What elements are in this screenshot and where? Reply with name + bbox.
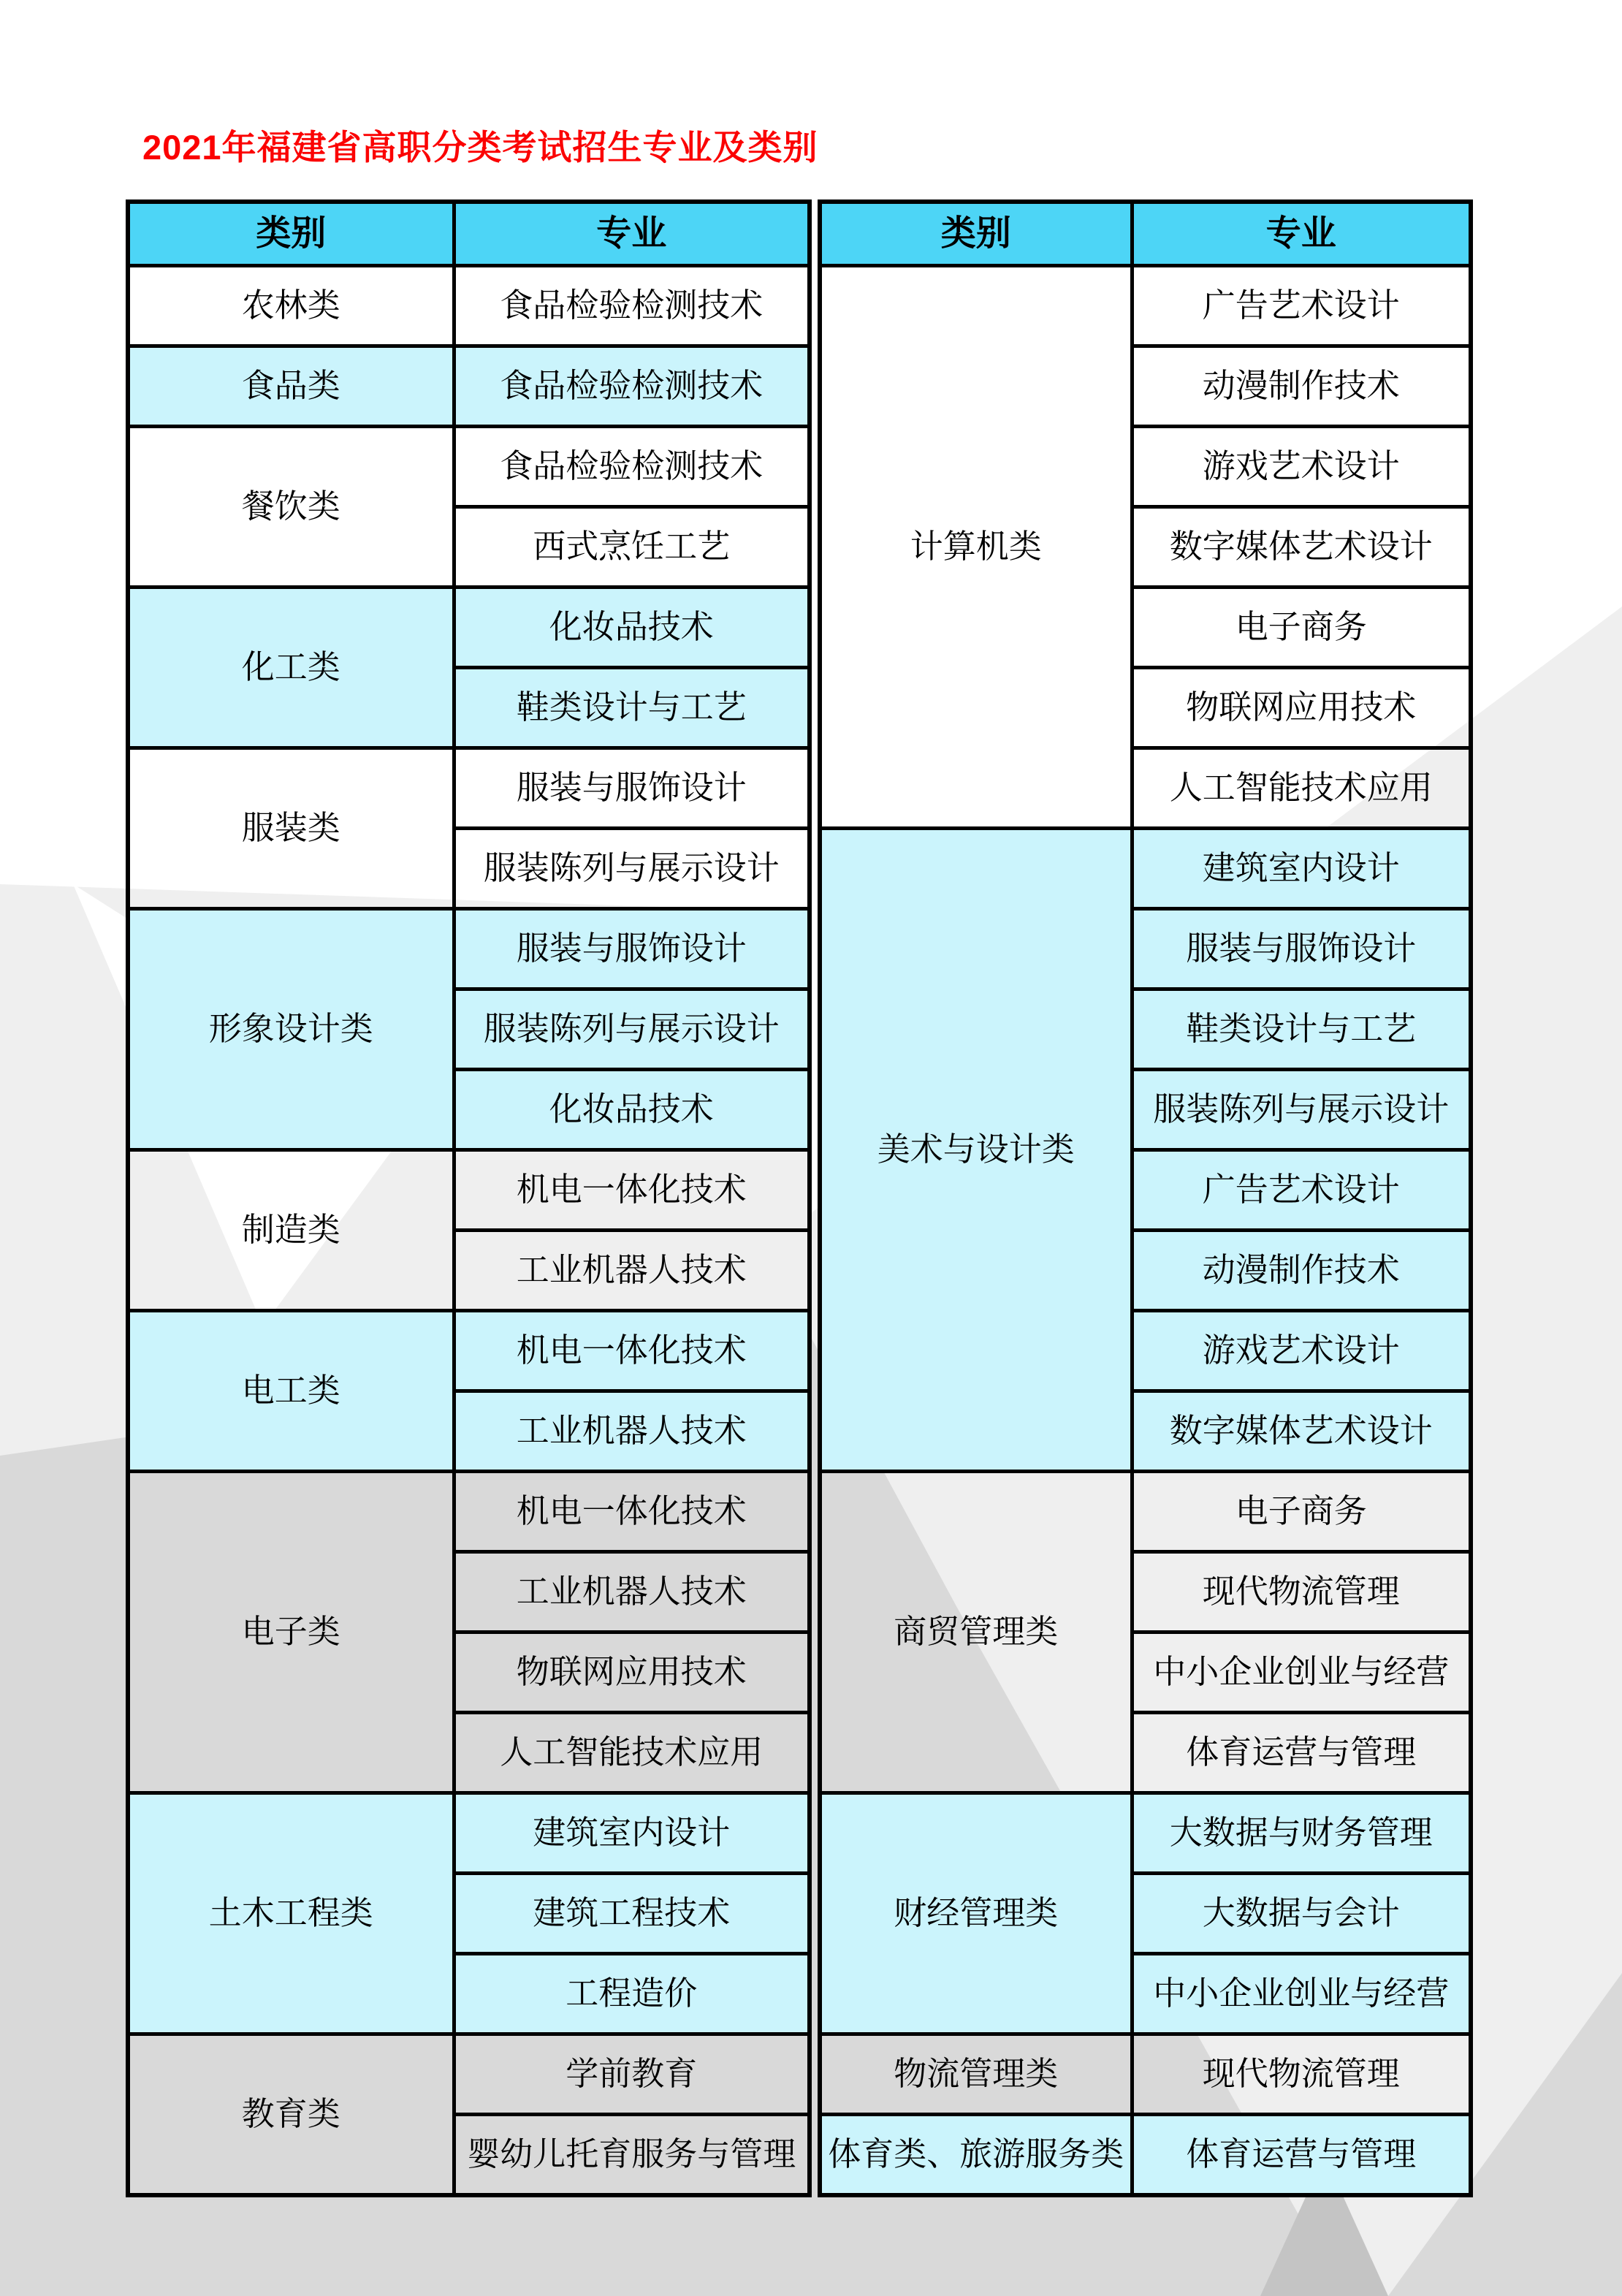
table-row: 物流管理类现代物流管理 xyxy=(820,2034,1471,2115)
category-cell: 体育类、旅游服务类 xyxy=(820,2115,1132,2196)
table-row: 形象设计类服装与服饰设计 xyxy=(128,909,810,989)
major-cell: 建筑工程技术 xyxy=(454,1874,810,1954)
category-cell: 教育类 xyxy=(128,2034,454,2196)
major-cell: 建筑室内设计 xyxy=(454,1793,810,1874)
column-header-category: 类别 xyxy=(128,202,454,266)
major-cell: 机电一体化技术 xyxy=(454,1311,810,1391)
major-cell: 电子商务 xyxy=(1132,588,1471,668)
table-row: 体育类、旅游服务类体育运营与管理 xyxy=(820,2115,1471,2196)
major-cell: 游戏艺术设计 xyxy=(1132,1311,1471,1391)
table-row: 制造类机电一体化技术 xyxy=(128,1150,810,1231)
major-cell: 服装与服饰设计 xyxy=(454,909,810,989)
category-cell: 电工类 xyxy=(128,1311,454,1472)
major-cell: 大数据与会计 xyxy=(1132,1874,1471,1954)
major-cell: 建筑室内设计 xyxy=(1132,829,1471,909)
major-cell: 婴幼儿托育服务与管理 xyxy=(454,2115,810,2196)
category-cell: 餐饮类 xyxy=(128,427,454,588)
table-row: 农林类食品检验检测技术 xyxy=(128,266,810,346)
major-cell: 鞋类设计与工艺 xyxy=(454,668,810,748)
major-cell: 中小企业创业与经营 xyxy=(1132,1632,1471,1713)
major-cell: 数字媒体艺术设计 xyxy=(1132,1391,1471,1472)
major-cell: 体育运营与管理 xyxy=(1132,1713,1471,1793)
major-cell: 西式烹饪工艺 xyxy=(454,507,810,588)
major-cell: 机电一体化技术 xyxy=(454,1472,810,1552)
right-table-body: 计算机类广告艺术设计动漫制作技术游戏艺术设计数字媒体艺术设计电子商务物联网应用技… xyxy=(820,266,1471,2196)
major-cell: 工业机器人技术 xyxy=(454,1552,810,1632)
category-cell: 服装类 xyxy=(128,748,454,909)
table-row: 土木工程类建筑室内设计 xyxy=(128,1793,810,1874)
table-row: 教育类学前教育 xyxy=(128,2034,810,2115)
left-table-body: 农林类食品检验检测技术食品类食品检验检测技术餐饮类食品检验检测技术西式烹饪工艺化… xyxy=(128,266,810,2196)
category-cell: 电子类 xyxy=(128,1472,454,1793)
major-cell: 学前教育 xyxy=(454,2034,810,2115)
table-row: 食品类食品检验检测技术 xyxy=(128,346,810,427)
major-cell: 人工智能技术应用 xyxy=(454,1713,810,1793)
category-cell: 财经管理类 xyxy=(820,1793,1132,2034)
category-cell: 化工类 xyxy=(128,588,454,748)
major-cell: 数字媒体艺术设计 xyxy=(1132,507,1471,588)
major-cell: 动漫制作技术 xyxy=(1132,1231,1471,1311)
major-cell: 化妆品技术 xyxy=(454,1070,810,1150)
page-title: 2021年福建省高职分类考试招生专业及类别 xyxy=(142,121,818,170)
major-cell: 工程造价 xyxy=(454,1954,810,2034)
right-header-row: 类别 专业 xyxy=(820,202,1471,266)
left-header-row: 类别 专业 xyxy=(128,202,810,266)
category-cell: 形象设计类 xyxy=(128,909,454,1150)
major-cell: 机电一体化技术 xyxy=(454,1150,810,1231)
category-cell: 食品类 xyxy=(128,346,454,427)
column-header-major: 专业 xyxy=(454,202,810,266)
major-cell: 化妆品技术 xyxy=(454,588,810,668)
category-cell: 农林类 xyxy=(128,266,454,346)
category-cell: 物流管理类 xyxy=(820,2034,1132,2115)
major-cell: 食品检验检测技术 xyxy=(454,266,810,346)
major-cell: 物联网应用技术 xyxy=(1132,668,1471,748)
table-row: 化工类化妆品技术 xyxy=(128,588,810,668)
category-cell: 计算机类 xyxy=(820,266,1132,829)
major-cell: 服装陈列与展示设计 xyxy=(454,989,810,1070)
table-row: 服装类服装与服饰设计 xyxy=(128,748,810,829)
category-cell: 土木工程类 xyxy=(128,1793,454,2034)
major-cell: 现代物流管理 xyxy=(1132,2034,1471,2115)
table-row: 商贸管理类电子商务 xyxy=(820,1472,1471,1552)
major-cell: 体育运营与管理 xyxy=(1132,2115,1471,2196)
major-cell: 服装陈列与展示设计 xyxy=(454,829,810,909)
table-row: 电子类机电一体化技术 xyxy=(128,1472,810,1552)
major-cell: 动漫制作技术 xyxy=(1132,346,1471,427)
major-cell: 电子商务 xyxy=(1132,1472,1471,1552)
major-cell: 广告艺术设计 xyxy=(1132,266,1471,346)
table-row: 财经管理类大数据与财务管理 xyxy=(820,1793,1471,1874)
major-cell: 鞋类设计与工艺 xyxy=(1132,989,1471,1070)
table-row: 美术与设计类建筑室内设计 xyxy=(820,829,1471,909)
category-cell: 制造类 xyxy=(128,1150,454,1311)
major-cell: 服装与服饰设计 xyxy=(454,748,810,829)
major-cell: 食品检验检测技术 xyxy=(454,427,810,507)
major-cell: 现代物流管理 xyxy=(1132,1552,1471,1632)
major-cell: 服装与服饰设计 xyxy=(1132,909,1471,989)
right-table: 类别 专业 计算机类广告艺术设计动漫制作技术游戏艺术设计数字媒体艺术设计电子商务… xyxy=(818,199,1473,2197)
column-header-major: 专业 xyxy=(1132,202,1471,266)
table-row: 餐饮类食品检验检测技术 xyxy=(128,427,810,507)
major-cell: 大数据与财务管理 xyxy=(1132,1793,1471,1874)
major-cell: 服装陈列与展示设计 xyxy=(1132,1070,1471,1150)
table-row: 计算机类广告艺术设计 xyxy=(820,266,1471,346)
major-cell: 物联网应用技术 xyxy=(454,1632,810,1713)
major-cell: 工业机器人技术 xyxy=(454,1231,810,1311)
category-cell: 美术与设计类 xyxy=(820,829,1132,1472)
left-table: 类别 专业 农林类食品检验检测技术食品类食品检验检测技术餐饮类食品检验检测技术西… xyxy=(126,199,812,2197)
table-row: 电工类机电一体化技术 xyxy=(128,1311,810,1391)
major-cell: 广告艺术设计 xyxy=(1132,1150,1471,1231)
major-cell: 工业机器人技术 xyxy=(454,1391,810,1472)
major-cell: 游戏艺术设计 xyxy=(1132,427,1471,507)
major-cell: 食品检验检测技术 xyxy=(454,346,810,427)
category-cell: 商贸管理类 xyxy=(820,1472,1132,1793)
major-cell: 人工智能技术应用 xyxy=(1132,748,1471,829)
major-cell: 中小企业创业与经营 xyxy=(1132,1954,1471,2034)
column-header-category: 类别 xyxy=(820,202,1132,266)
